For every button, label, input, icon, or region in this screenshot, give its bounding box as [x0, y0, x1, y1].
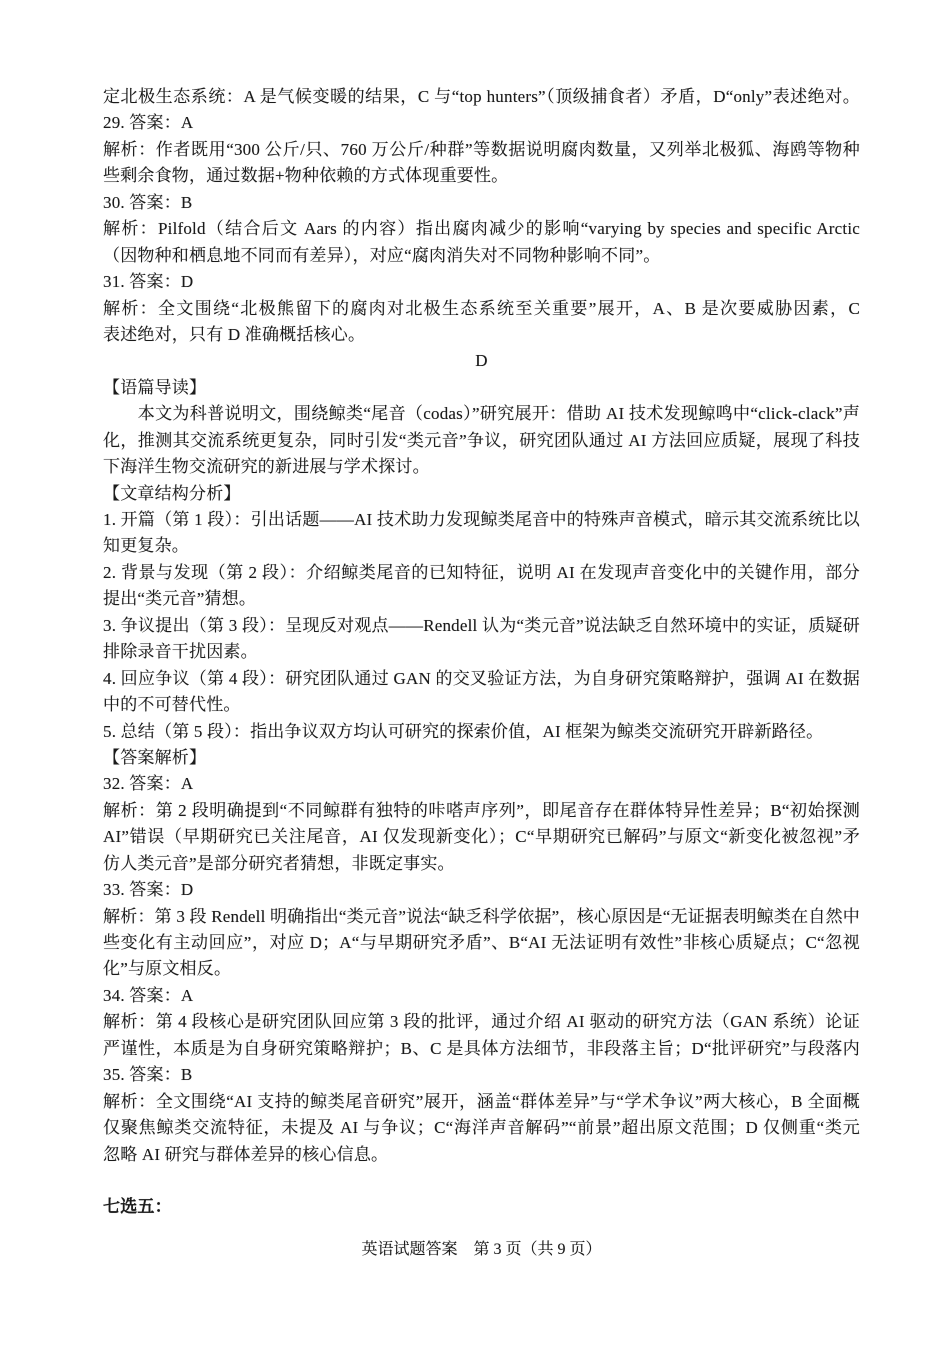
document-line: 解析：第 3 段 Rendell 明确指出“类元音”说法“缺乏科学依据”，核心原… — [103, 904, 860, 930]
document-line: 些变化有主动回应”，对应 D；A“与早期研究矛盾”、B“AI 无法证明有效性”非… — [103, 930, 860, 956]
document-line: 【文章结构分析】 — [103, 481, 860, 507]
document-line: 提出“类元音”猜想。 — [103, 586, 860, 612]
document-line: AI”错误（早期研究已关注尾音，AI 仅发现新变化）；C“早期研究已解码”与原文… — [103, 824, 860, 850]
document-line: 4. 回应争议（第 4 段）：研究团队通过 GAN 的交叉验证方法，为自身研究策… — [103, 666, 860, 692]
document-line: 【语篇导读】 — [103, 375, 860, 401]
document-line: 1. 开篇（第 1 段）：引出话题——AI 技术助力发现鲸类尾音中的特殊声音模式… — [103, 507, 860, 533]
document-line: 2. 背景与发现（第 2 段）：介绍鲸类尾音的已知特征，说明 AI 在发现声音变… — [103, 560, 860, 586]
document-line: 表述绝对，只有 D 准确概括核心。 — [103, 322, 860, 348]
document-line: 仿人类元音”是部分研究者猜想，非既定事实。 — [103, 851, 860, 877]
document-line: 解析：全文围绕“AI 支持的鲸类尾音研究”展开，涵盖“群体差异”与“学术争议”两… — [103, 1089, 860, 1115]
document-line: 解析：第 2 段明确提到“不同鲸群有独特的咔嗒声序列”，即尾音存在群体特异性差异… — [103, 798, 860, 824]
section-heading-seven-choose-five: 七选五： — [103, 1194, 860, 1220]
document-line: 32. 答案：A — [103, 771, 860, 797]
document-line: 34. 答案：A — [103, 983, 860, 1009]
document-line: 3. 争议提出（第 3 段）：呈现反对观点——Rendell 认为“类元音”说法… — [103, 613, 860, 639]
document-line: 中的不可替代性。 — [103, 692, 860, 718]
document-line: 化，推测其交流系统更复杂，同时引发“类元音”争议，研究团队通过 AI 方法回应质… — [103, 428, 860, 454]
document-line: 下海洋生物交流研究的新进展与学术探讨。 — [103, 454, 860, 480]
document-line: 解析：作者既用“300 公斤/只、760 万公斤/种群”等数据说明腐肉数量，又列… — [103, 137, 860, 163]
page-footer-text: 英语试题答案 第 3 页（共 9 页） — [361, 1241, 601, 1258]
document-line: 化”与原文相反。 — [103, 956, 860, 982]
document-line: 35. 答案：B — [103, 1062, 860, 1088]
exam-answer-page: 定北极生态系统：A 是气候变暖的结果，C 与“top hunters”（顶级捕食… — [0, 0, 950, 1345]
document-line: 解析：第 4 段核心是研究团队回应第 3 段的批评，通过介绍 AI 驱动的研究方… — [103, 1009, 860, 1035]
document-line: 定北极生态系统：A 是气候变暖的结果，C 与“top hunters”（顶级捕食… — [103, 84, 860, 110]
document-line: 33. 答案：D — [103, 877, 860, 903]
document-line: 5. 总结（第 5 段）：指出争议双方均认可研究的探索价值，AI 框架为鲸类交流… — [103, 719, 860, 745]
document-line: （因物种和栖息地不同而有差异），对应“腐肉消失对不同物种影响不同”。 — [103, 243, 860, 269]
document-line: 【答案解析】 — [103, 745, 860, 771]
document-line: 31. 答案：D — [103, 269, 860, 295]
document-line: 30. 答案：B — [103, 190, 860, 216]
document-line: 排除录音干扰因素。 — [103, 639, 860, 665]
text-column: 定北极生态系统：A 是气候变暖的结果，C 与“top hunters”（顶级捕食… — [103, 84, 860, 1221]
document-line: D — [103, 348, 860, 374]
document-line: 解析：全文围绕“北极熊留下的腐肉对北极生态系统至关重要”展开，A、B 是次要威胁… — [103, 296, 860, 322]
document-line: 本文为科普说明文，围绕鲸类“尾音（codas）”研究展开：借助 AI 技术发现鲸… — [103, 401, 860, 427]
page-footer: 英语试题答案 第 3 页（共 9 页） — [103, 1236, 860, 1259]
document-line: 些剩余食物，通过数据+物种依赖的方式体现重要性。 — [103, 163, 860, 189]
document-line: 29. 答案：A — [103, 110, 860, 136]
document-line: 忽略 AI 研究与群体差异的核心信息。 — [103, 1142, 860, 1168]
blank-line — [103, 1168, 860, 1194]
document-line: 仅聚焦鲸类交流特征，未提及 AI 与争议；C“海洋声音解码”“前景”超出原文范围… — [103, 1115, 860, 1141]
document-line: 知更复杂。 — [103, 533, 860, 559]
document-line: 严谨性，本质是为自身研究策略辩护；B、C 是具体方法细节，非段落主旨；D“批评研… — [103, 1036, 860, 1062]
document-line: 解析：Pilfold（结合后文 Aars 的内容）指出腐肉减少的影响“varyi… — [103, 216, 860, 242]
